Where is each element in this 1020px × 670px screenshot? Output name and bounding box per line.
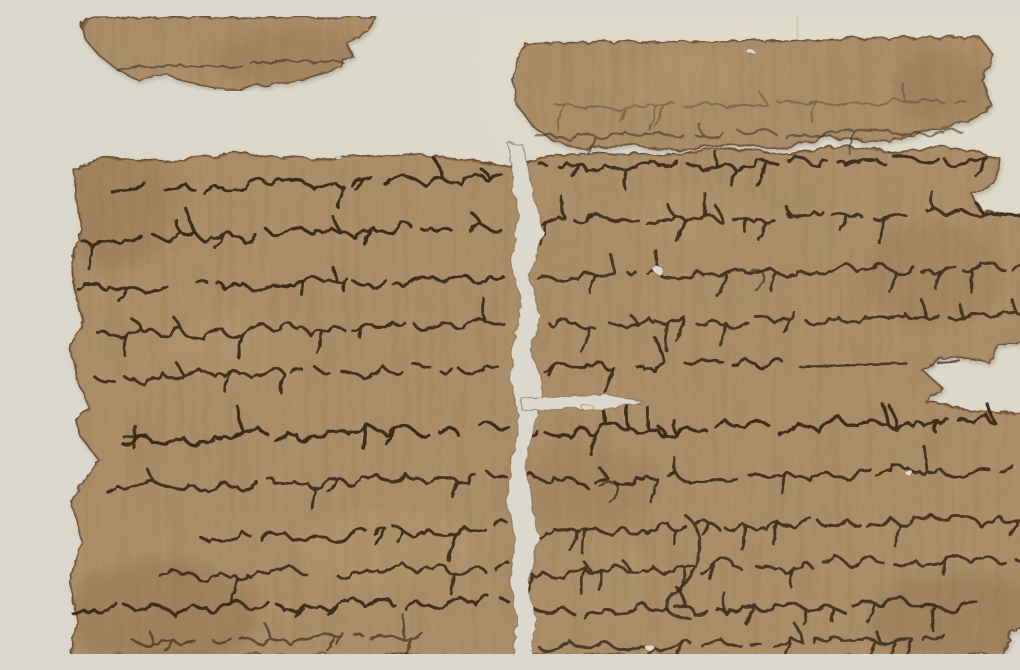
worm-hole-2 <box>746 49 754 54</box>
worm-hole-4 <box>904 469 912 475</box>
pen-mark-4 <box>134 426 135 448</box>
papyrus-scene <box>40 16 1020 654</box>
worm-hole-1 <box>652 266 662 273</box>
top-right-band-fragment-patch-0 <box>892 50 988 122</box>
worm-hole-3 <box>579 402 591 408</box>
papyrus-manuscript-photo <box>40 16 1020 654</box>
top-right-band-fragment-patch-1 <box>620 50 740 106</box>
worm-hole-5 <box>642 642 652 648</box>
worm-hole-6 <box>334 154 340 159</box>
main-fragment-patch-6 <box>630 182 770 250</box>
